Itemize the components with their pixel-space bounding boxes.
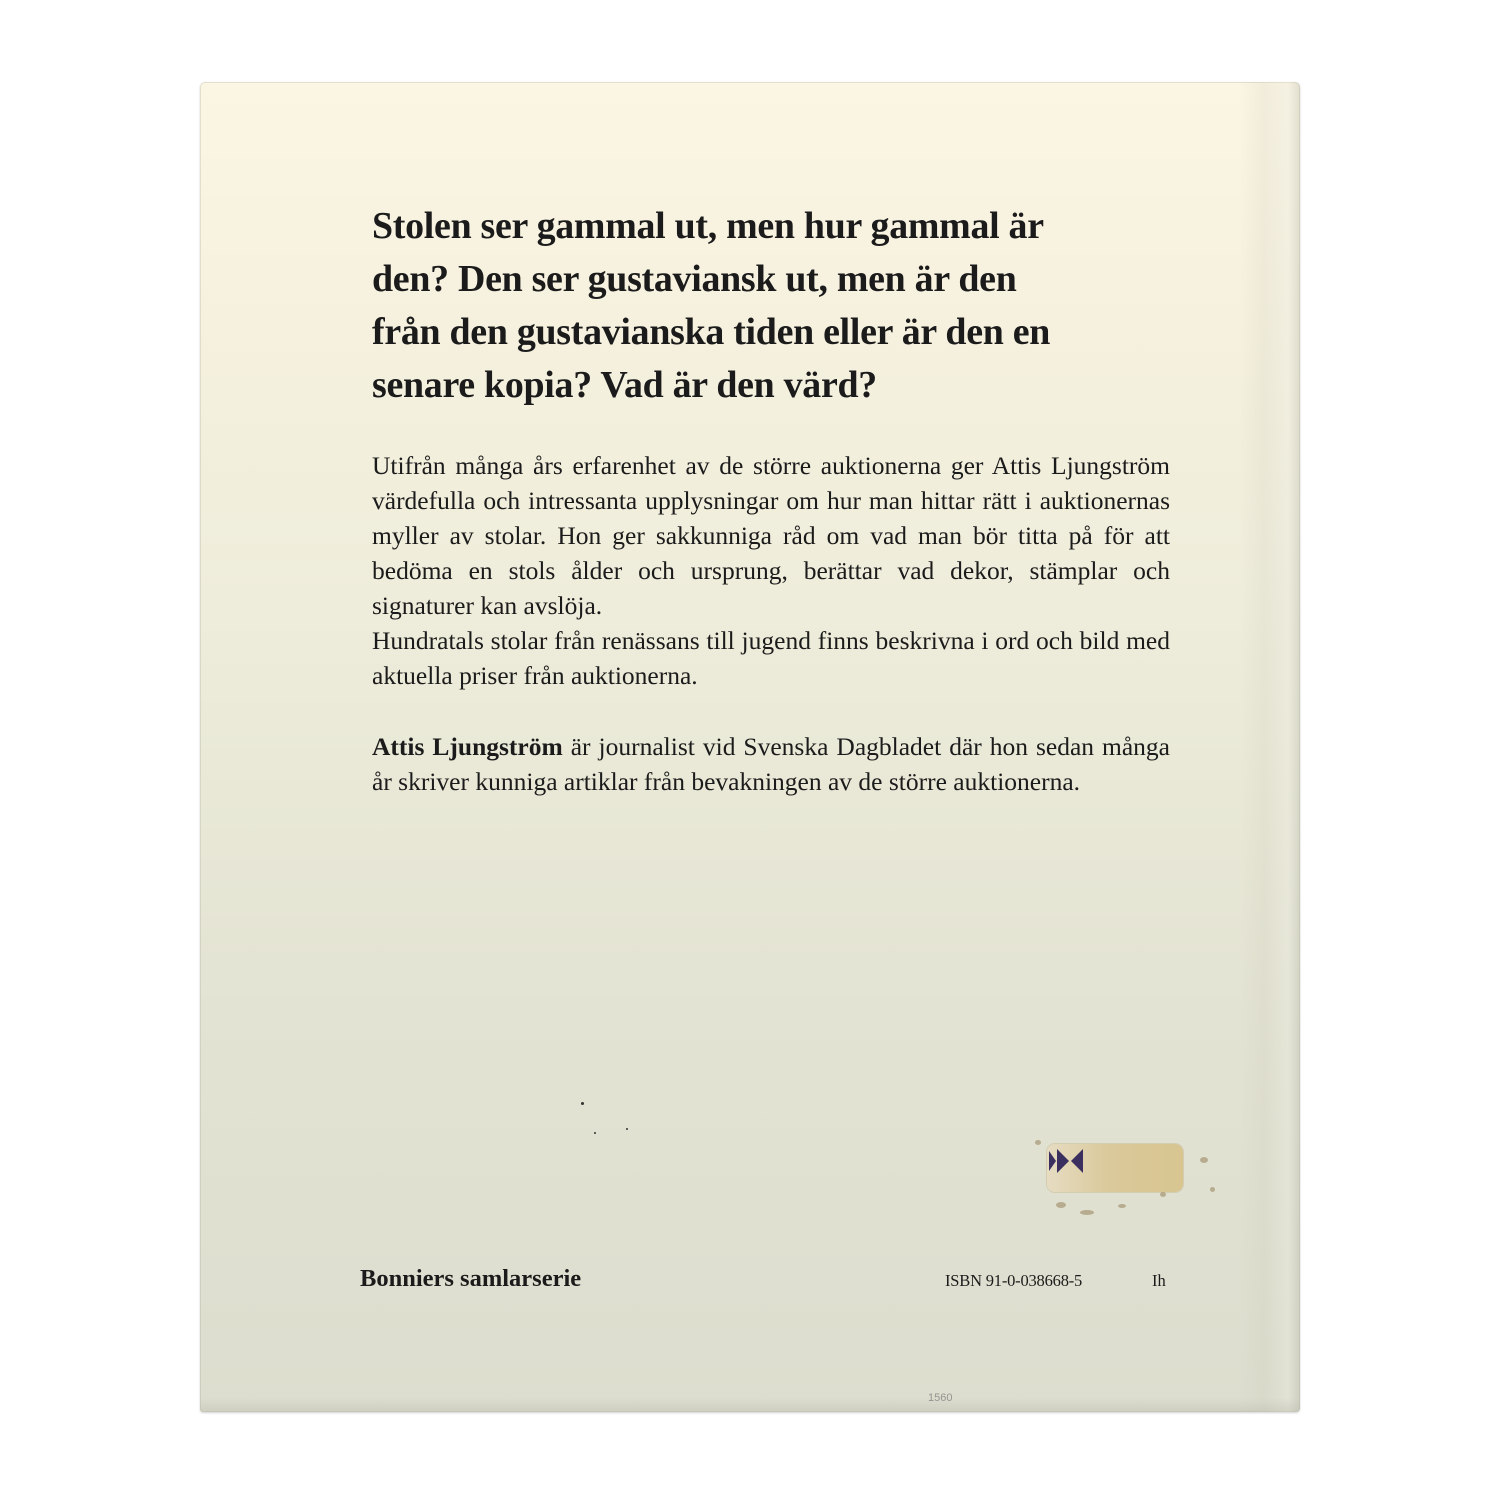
price-sticker-residue	[1047, 1144, 1183, 1192]
stain-mark	[1056, 1202, 1066, 1208]
stain-mark	[1210, 1187, 1215, 1192]
cover-edge-shading	[1240, 82, 1300, 1412]
stain-mark	[1118, 1204, 1126, 1208]
cover-text-block: Stolen ser gammal ut, men hur gammal är …	[372, 200, 1170, 799]
bowtie-logo-icon	[1049, 1149, 1083, 1173]
stain-mark	[1035, 1140, 1041, 1145]
series-name: Bonniers samlarserie	[360, 1265, 581, 1293]
book-back-cover: Stolen ser gammal ut, men hur gammal är …	[200, 82, 1300, 1412]
catalog-code: Ih	[1152, 1271, 1166, 1291]
stain-mark	[1160, 1192, 1166, 1197]
stain-mark	[1200, 1157, 1208, 1163]
headline-line: den? Den ser gustaviansk ut, men är den	[372, 253, 1158, 306]
description-paragraph-2: Hundratals stolar från renässans till ju…	[372, 623, 1170, 693]
author-name: Attis Ljungström	[372, 732, 563, 761]
headline: Stolen ser gammal ut, men hur gammal är …	[372, 200, 1158, 412]
headline-line: från den gustavianska tiden eller är den…	[372, 306, 1158, 359]
stain-mark	[1080, 1210, 1094, 1215]
author-bio: Attis Ljungström är journalist vid Svens…	[372, 729, 1170, 799]
pencil-note: 1560	[928, 1392, 952, 1404]
headline-line: Stolen ser gammal ut, men hur gammal är	[372, 200, 1158, 253]
description-paragraph-1: Utifrån många års erfarenhet av de störr…	[372, 448, 1170, 623]
speck-mark	[594, 1132, 596, 1134]
speck-mark	[581, 1102, 584, 1105]
speck-mark	[626, 1128, 628, 1130]
headline-line: senare kopia? Vad är den värd?	[372, 359, 1158, 412]
isbn-number: ISBN 91-0-038668-5	[945, 1271, 1082, 1291]
cover-bottom-edge	[200, 1398, 1300, 1412]
